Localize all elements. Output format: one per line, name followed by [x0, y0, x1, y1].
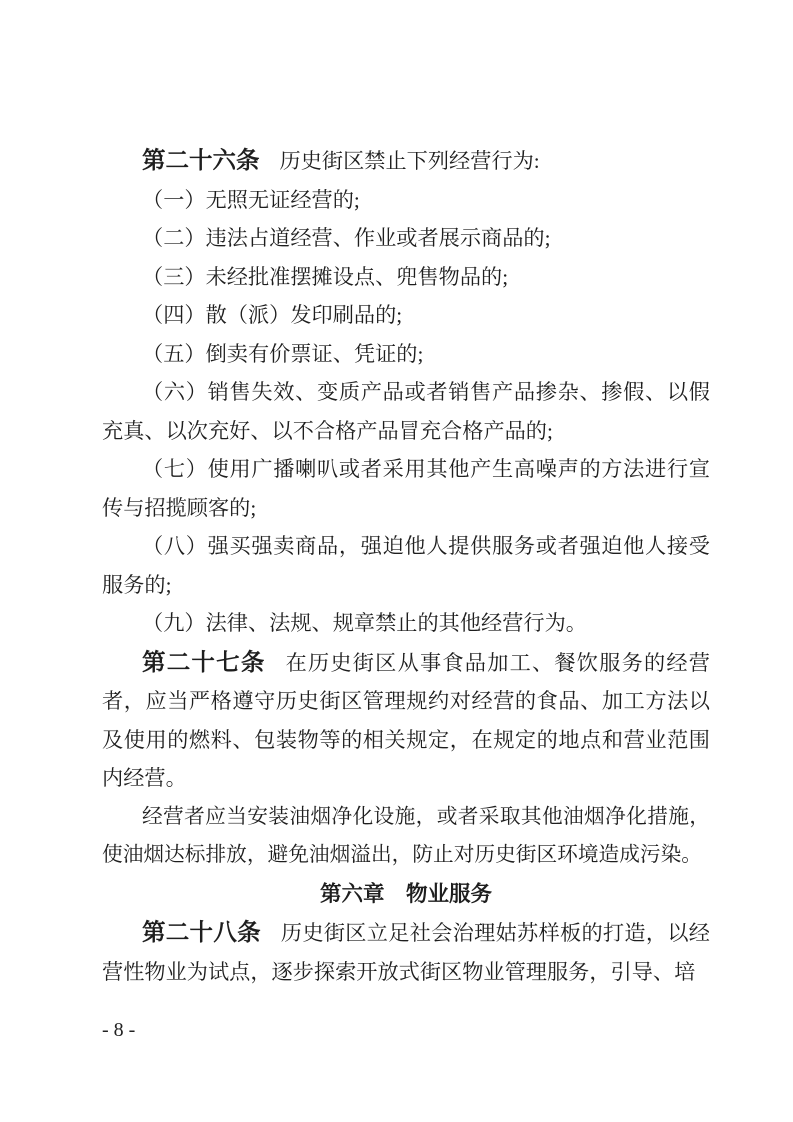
prohibited-item-5: （五）倒卖有价票证、凭证的;: [102, 335, 710, 374]
prohibited-item-2: （二）违法占道经营、作业或者展示商品的;: [102, 219, 710, 258]
oil-fume-paragraph: 经营者应当安装油烟净化设施，或者采取其他油烟净化措施，使油烟达标排放，避免油烟溢…: [102, 798, 710, 875]
oil-fume-paragraph-text: 经营者应当安装油烟净化设施，或者采取其他油烟净化措施，使油烟达标排放，避免油烟溢…: [102, 806, 710, 867]
prohibited-item-1-text: （一）无照无证经营的;: [142, 188, 360, 212]
document-body: 第二十六条历史街区禁止下列经营行为: （一）无照无证经营的; （二）违法占道经营…: [102, 141, 710, 991]
article-26-number: 第二十六条: [142, 147, 260, 173]
prohibited-item-6: （六）销售失效、变质产品或者销售产品掺杂、掺假、以假充真、以次充好、以不合格产品…: [102, 373, 710, 450]
prohibited-item-7: （七）使用广播喇叭或者采用其他产生高噪声的方法进行宣传与招揽顾客的;: [102, 450, 710, 527]
article-28-paragraph: 第二十八条历史街区立足社会治理姑苏样板的打造，以经营性物业为试点，逐步探索开放式…: [102, 913, 710, 991]
prohibited-item-3-text: （三）未经批准摆摊设点、兜售物品的;: [142, 265, 508, 289]
page-number: - 8 -: [102, 1019, 135, 1042]
document-page: 第二十六条历史街区禁止下列经营行为: （一）无照无证经营的; （二）违法占道经营…: [0, 0, 793, 1122]
article-26-text: 历史街区禁止下列经营行为:: [280, 149, 540, 173]
prohibited-item-1: （一）无照无证经营的;: [102, 181, 710, 220]
prohibited-item-7-text: （七）使用广播喇叭或者采用其他产生高噪声的方法进行宣传与招揽顾客的;: [102, 457, 710, 520]
article-26-paragraph: 第二十六条历史街区禁止下列经营行为:: [102, 141, 710, 181]
prohibited-item-6-text: （六）销售失效、变质产品或者销售产品掺杂、掺假、以假充真、以次充好、以不合格产品…: [102, 380, 710, 443]
prohibited-item-8: （八）强买强卖商品，强迫他人提供服务或者强迫他人接受服务的;: [102, 527, 710, 604]
chapter-6-heading: 第六章 物业服务: [102, 875, 710, 914]
article-27-number: 第二十七条: [142, 649, 266, 675]
article-28-number: 第二十八条: [142, 919, 261, 945]
prohibited-item-8-text: （八）强买强卖商品，强迫他人提供服务或者强迫他人接受服务的;: [102, 534, 710, 597]
prohibited-item-9-text: （九）法律、法规、规章禁止的其他经营行为。: [142, 611, 587, 635]
prohibited-item-2-text: （二）违法占道经营、作业或者展示商品的;: [142, 226, 550, 250]
article-27-paragraph: 第二十七条在历史街区从事食品加工、餐饮服务的经营者，应当严格遵守历史街区管理规约…: [102, 643, 710, 798]
prohibited-item-3: （三）未经批准摆摊设点、兜售物品的;: [102, 258, 710, 297]
prohibited-item-4: （四）散（派）发印刷品的;: [102, 296, 710, 335]
prohibited-item-4-text: （四）散（派）发印刷品的;: [142, 303, 402, 327]
prohibited-item-9: （九）法律、法规、规章禁止的其他经营行为。: [102, 604, 710, 643]
prohibited-item-5-text: （五）倒卖有价票证、凭证的;: [142, 342, 423, 366]
